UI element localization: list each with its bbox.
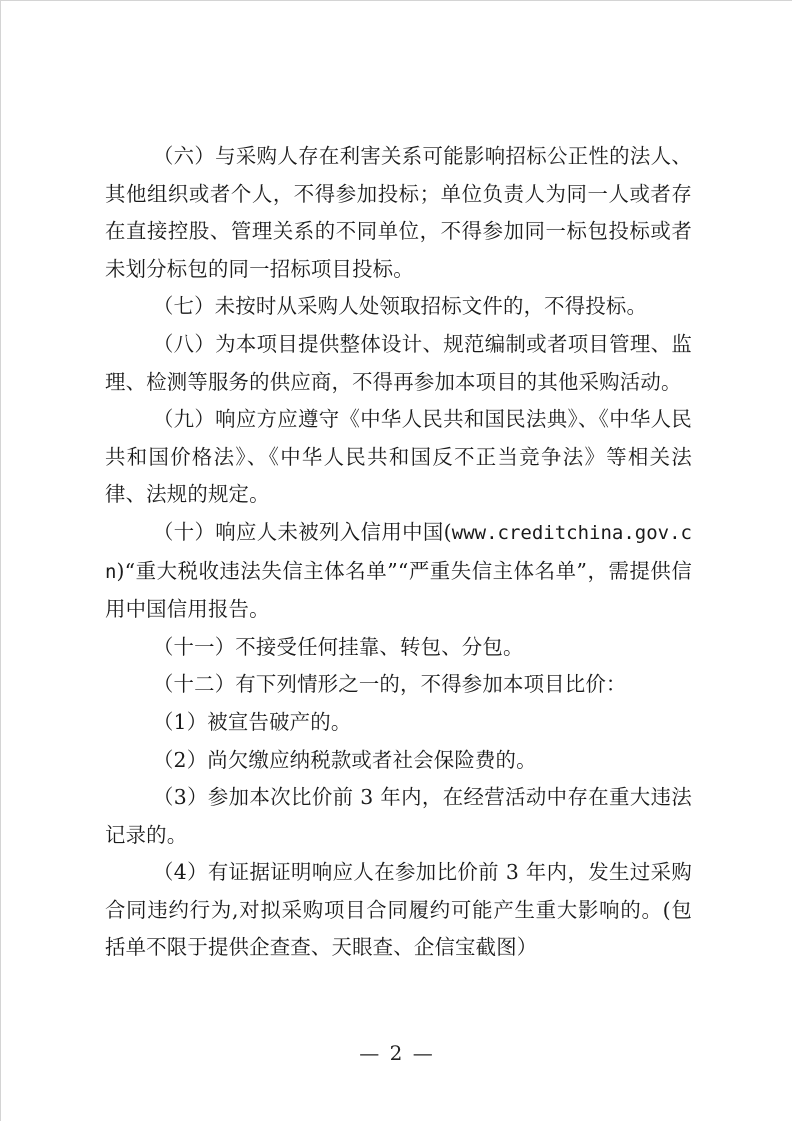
paragraph-item-12: （十二）有下列情形之一的，不得参加本项目比价： bbox=[105, 666, 692, 704]
document-body: （六）与采购人存在利害关系可能影响招标公正性的法人、其他组织或者个人，不得参加投… bbox=[105, 138, 692, 967]
paragraph-item-12-1: （1）被宣告破产的。 bbox=[105, 704, 692, 742]
paragraph-item-8: （八）为本项目提供整体设计、规范编制或者项目管理、监理、检测等服务的供应商，不得… bbox=[105, 326, 692, 401]
paragraph-item-6: （六）与采购人存在利害关系可能影响招标公正性的法人、其他组织或者个人，不得参加投… bbox=[105, 138, 692, 288]
paragraph-item-12-3: （3）参加本次比价前 3 年内，在经营活动中存在重大违法记录的。 bbox=[105, 779, 692, 854]
page-number: — 2 — bbox=[1, 1041, 792, 1065]
paragraph-item-10: （十）响应人未被列入信用中国(www.creditchina.gov.cn)“重… bbox=[105, 514, 692, 629]
paragraph-item-10-suffix: )“重大税收违法失信主体名单”“严重失信主体名单”，需提供信用中国信用报告。 bbox=[105, 559, 692, 622]
paragraph-item-9: （九）响应方应遵守《中华人民共和国民法典》、《中华人民共和国价格法》、《中华人民… bbox=[105, 401, 692, 514]
paragraph-item-12-2: （2）尚欠缴应纳税款或者社会保险费的。 bbox=[105, 742, 692, 780]
paragraph-item-12-4: （4）有证据证明响应人在参加比价前 3 年内，发生过采购合同违约行为,对拟采购项… bbox=[105, 854, 692, 967]
paragraph-item-11: （十一）不接受任何挂靠、转包、分包。 bbox=[105, 629, 692, 667]
paragraph-item-7: （七）未按时从采购人处领取招标文件的，不得投标。 bbox=[105, 288, 692, 326]
paragraph-item-10-prefix: （十）响应人未被列入信用中国( bbox=[153, 520, 452, 544]
document-page: （六）与采购人存在利害关系可能影响招标公正性的法人、其他组织或者个人，不得参加投… bbox=[0, 0, 792, 1121]
